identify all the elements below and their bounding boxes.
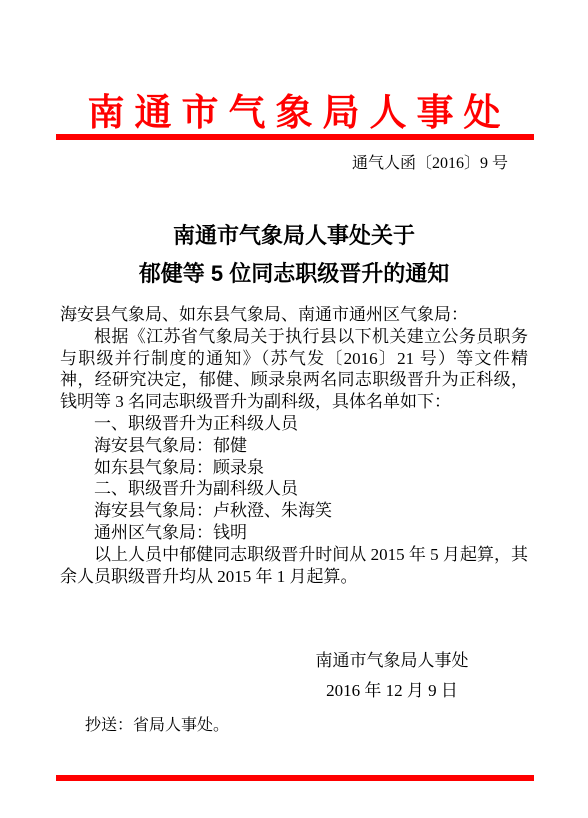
signature-block: 南通市气象局人事处 2016 年 12 月 9 日 [272, 650, 512, 702]
document-page: 南通市气象局人事处 通气人函〔2016〕9 号 南通市气象局人事处关于 郁健等 … [0, 0, 588, 818]
list-heading-fuke: 二、职级晋升为副科级人员 [60, 478, 528, 500]
list-item-haian-two: 海安县气象局：卢秋澄、朱海笑 [60, 500, 528, 522]
signature-org-name: 南通市气象局人事处 [272, 650, 512, 672]
list-item-rudong-guluquan: 如东县气象局：顾录泉 [60, 457, 528, 479]
red-double-rule-top [56, 134, 534, 140]
list-item-haian-yujian: 海安县气象局：郁健 [60, 435, 528, 457]
document-body: 海安县气象局、如东县气象局、南通市通州区气象局： 根据《江苏省气象局关于执行县以… [60, 304, 528, 587]
document-reference-number: 通气人函〔2016〕9 号 [352, 150, 508, 173]
paragraph-effective-date: 以上人员中郁健同志职级晋升时间从 2015 年 5 月起算，其余人员职级晋升均从… [60, 544, 528, 588]
salutation: 海安县气象局、如东县气象局、南通市通州区气象局： [60, 304, 528, 326]
paragraph-basis: 根据《江苏省气象局关于执行县以下机关建立公务员职务与职级并行制度的通知》（苏气发… [60, 326, 528, 413]
letterhead-org-name: 南通市气象局人事处 [0, 82, 588, 136]
document-title-line1: 南通市气象局人事处关于 [0, 217, 588, 255]
list-heading-zhengke: 一、职级晋升为正科级人员 [60, 413, 528, 435]
document-title-line2: 郁健等 5 位同志职级晋升的通知 [0, 255, 588, 293]
list-item-tongzhou-qianming: 通州区气象局：钱明 [60, 522, 528, 544]
document-title: 南通市气象局人事处关于 郁健等 5 位同志职级晋升的通知 [0, 217, 588, 293]
cc-note: 抄送：省局人事处。 [85, 712, 229, 735]
red-double-rule-bottom [56, 775, 534, 781]
signature-date: 2016 年 12 月 9 日 [272, 680, 512, 702]
